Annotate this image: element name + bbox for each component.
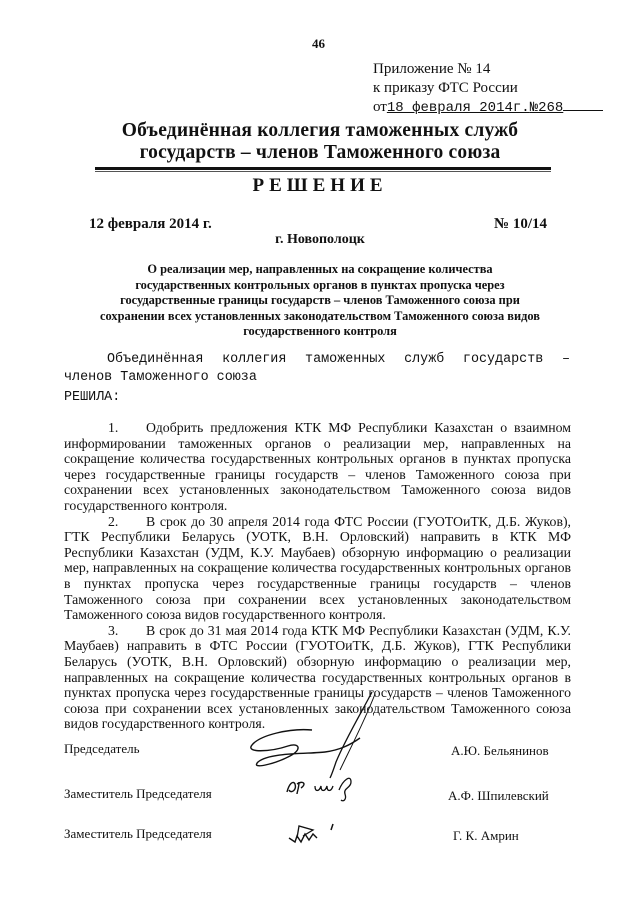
- preamble: Объединённая коллегия таможенных служб г…: [64, 351, 570, 387]
- signature-deputy-2-icon: [285, 820, 345, 850]
- decision-items: 1.Одобрить предложения КТК МФ Республики…: [64, 420, 571, 732]
- header-divider-thin: [95, 171, 551, 172]
- decision-date: 12 февраля 2014 г.: [89, 216, 212, 233]
- appendix-line-3: от18 февраля 2014г.№268: [373, 98, 603, 118]
- signatory-role-deputy-1: Заместитель Председателя: [64, 786, 212, 802]
- item-text: В срок до 30 апреля 2014 года ФТС России…: [64, 514, 571, 623]
- signatory-name-deputy-2: Г. К. Амрин: [453, 828, 519, 844]
- appendix-order-date: 18 февраля 2014г.: [387, 100, 530, 116]
- signature-deputy-1-icon: [285, 770, 365, 805]
- signatory-name-deputy-1: А.Ф. Шпилевский: [448, 788, 549, 804]
- document-type-title: РЕШЕНИЕ: [80, 175, 560, 197]
- item-number: 2.: [108, 514, 146, 530]
- appendix-line-1: Приложение № 14: [373, 60, 603, 79]
- appendix-order-number: №268: [530, 100, 564, 116]
- organization-title-line-2: государств – членов Таможенного союза: [80, 142, 560, 164]
- item-number: 3.: [108, 623, 146, 639]
- appendix-line-2: к приказу ФТС России: [373, 79, 603, 98]
- decision-item-1: 1.Одобрить предложения КТК МФ Республики…: [64, 420, 571, 514]
- header-divider: [95, 167, 551, 170]
- decision-city: г. Новополоцк: [80, 232, 560, 248]
- organization-title-line-1: Объединённая коллегия таможенных служб: [80, 120, 560, 142]
- resolved-label: РЕШИЛА:: [64, 390, 120, 405]
- organization-title: Объединённая коллегия таможенных служб г…: [80, 120, 560, 164]
- appendix-from-label: от: [373, 99, 387, 115]
- decision-subject: О реализации мер, направленных на сокращ…: [100, 262, 540, 340]
- underline-filler: [563, 98, 603, 111]
- decision-number: № 10/14: [494, 216, 547, 233]
- signatory-role-chairman: Председатель: [64, 741, 140, 757]
- page-number: 46: [312, 36, 325, 52]
- decision-item-2: 2.В срок до 30 апреля 2014 года ФТС Росс…: [64, 514, 571, 623]
- signatory-role-deputy-2: Заместитель Председателя: [64, 826, 212, 842]
- signatory-name-chairman: А.Ю. Бельянинов: [451, 743, 549, 759]
- appendix-block: Приложение № 14 к приказу ФТС России от1…: [373, 60, 603, 118]
- item-number: 1.: [108, 420, 146, 436]
